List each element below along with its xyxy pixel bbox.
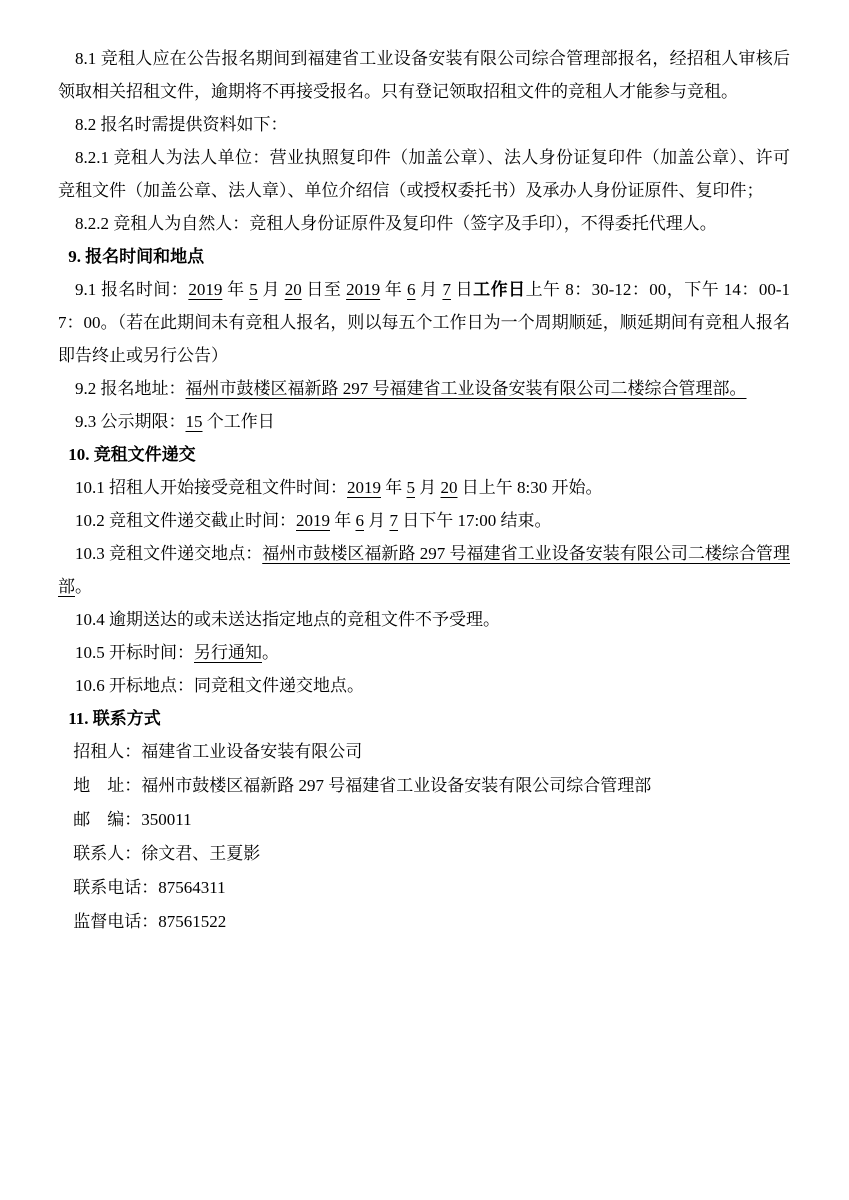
text-segment: 11. 联系方式 — [68, 709, 161, 728]
text-segment: 15 — [186, 412, 203, 431]
text-segment: 年 — [222, 280, 249, 299]
paragraph-contact-person: 联系人：徐文君、王夏影 — [58, 837, 790, 871]
text-segment: 6 — [407, 280, 416, 299]
text-segment: 20 — [285, 280, 302, 299]
text-segment: 8.2 报名时需提供资料如下： — [75, 115, 288, 134]
paragraph-heading-9: 9. 报名时间和地点 — [58, 240, 790, 273]
paragraph-clause-8-2: 8.2 报名时需提供资料如下： — [58, 108, 790, 141]
paragraph-clause-8-1: 8.1 竞租人应在公告报名期间到福建省工业设备安装有限公司综合管理部报名，经招租… — [58, 42, 790, 108]
text-segment: 5 — [249, 280, 258, 299]
text-segment: 2019 — [188, 280, 222, 299]
text-segment: 联系电话：87564311 — [73, 878, 225, 897]
text-segment: 10. 竞租文件递交 — [68, 445, 196, 464]
text-segment: 2019 — [346, 280, 380, 299]
text-segment: 9.3 公示期限： — [75, 412, 186, 431]
text-segment: 5 — [407, 478, 416, 497]
text-segment: 日 — [451, 280, 473, 299]
text-segment: 邮 编：350011 — [73, 810, 191, 829]
paragraph-contact-postcode: 邮 编：350011 — [58, 803, 790, 837]
document-page: 8.1 竞租人应在公告报名期间到福建省工业设备安装有限公司综合管理部报名，经招租… — [0, 0, 849, 1200]
text-segment: 另行通知 — [194, 643, 262, 662]
paragraph-clause-10-6: 10.6 开标地点：同竞租文件递交地点。 — [58, 669, 790, 702]
paragraph-clause-9-1: 9.1 报名时间：2019 年 5 月 20 日至 2019 年 6 月 7 日… — [58, 273, 790, 372]
text-segment: 。 — [262, 643, 279, 662]
text-segment: 9. 报名时间和地点 — [68, 247, 204, 266]
text-segment: 10.1 招租人开始接受竞租文件时间： — [75, 478, 347, 497]
paragraph-contact-phone: 联系电话：87564311 — [58, 871, 790, 905]
text-segment: 日下午 17:00 结束。 — [398, 511, 551, 530]
text-segment: 8.2.1 竞租人为法人单位：营业执照复印件（加盖公章）、法人身份证复印件（加盖… — [58, 148, 790, 200]
text-segment: 年 — [330, 511, 356, 530]
paragraph-clause-10-5: 10.5 开标时间：另行通知。 — [58, 636, 790, 669]
paragraph-clause-10-1: 10.1 招租人开始接受竞租文件时间：2019 年 5 月 20 日上午 8:3… — [58, 471, 790, 504]
text-segment: 月 — [364, 511, 390, 530]
text-segment: 10.4 逾期送达的或未送达指定地点的竞租文件不予受理。 — [75, 610, 500, 629]
paragraph-clause-8-2-1: 8.2.1 竞租人为法人单位：营业执照复印件（加盖公章）、法人身份证复印件（加盖… — [58, 141, 790, 207]
text-segment: 20 — [441, 478, 458, 497]
paragraph-contact-lessor: 招租人：福建省工业设备安装有限公司 — [58, 735, 790, 769]
text-segment: 2019 — [347, 478, 381, 497]
document-body: 8.1 竞租人应在公告报名期间到福建省工业设备安装有限公司综合管理部报名，经招租… — [58, 42, 790, 939]
text-segment: 7 — [390, 511, 399, 530]
text-segment: 年 — [381, 478, 407, 497]
paragraph-clause-10-4: 10.4 逾期送达的或未送达指定地点的竞租文件不予受理。 — [58, 603, 790, 636]
text-segment: 10.2 竞租文件递交截止时间： — [75, 511, 296, 530]
text-segment: 联系人：徐文君、王夏影 — [73, 844, 260, 863]
paragraph-clause-8-2-2: 8.2.2 竞租人为自然人：竞租人身份证原件及复印件（签字及手印），不得委托代理… — [58, 207, 790, 240]
text-segment: 福州市鼓楼区福新路 297 号福建省工业设备安装有限公司二楼综合管理部。 — [186, 379, 747, 398]
paragraph-heading-10: 10. 竞租文件递交 — [58, 438, 790, 471]
text-segment: 2019 — [296, 511, 330, 530]
text-segment: 9.2 报名地址： — [75, 379, 186, 398]
text-segment: 7 — [442, 280, 451, 299]
text-segment: 6 — [356, 511, 365, 530]
text-segment: 8.1 竞租人应在公告报名期间到福建省工业设备安装有限公司综合管理部报名，经招租… — [58, 49, 790, 101]
text-segment: 8.2.2 竞租人为自然人：竞租人身份证原件及复印件（签字及手印），不得委托代理… — [75, 214, 717, 233]
text-segment: 月 — [416, 280, 443, 299]
paragraph-clause-10-3: 10.3 竞租文件递交地点：福州市鼓楼区福新路 297 号福建省工业设备安装有限… — [58, 537, 790, 603]
text-segment: 地 址：福州市鼓楼区福新路 297 号福建省工业设备安装有限公司综合管理部 — [73, 776, 651, 795]
text-segment: 10.3 竞租文件递交地点： — [75, 544, 262, 563]
text-segment: 招租人：福建省工业设备安装有限公司 — [73, 742, 362, 761]
text-segment: 日至 — [302, 280, 346, 299]
text-segment: 日上午 8:30 开始。 — [458, 478, 603, 497]
text-segment: 工作日 — [473, 280, 525, 299]
paragraph-clause-9-3: 9.3 公示期限：15 个工作日 — [58, 405, 790, 438]
paragraph-contact-supervision-phone: 监督电话：87561522 — [58, 905, 790, 939]
text-segment: 月 — [415, 478, 441, 497]
text-segment: 监督电话：87561522 — [73, 912, 226, 931]
text-segment: 年 — [380, 280, 407, 299]
paragraph-heading-11: 11. 联系方式 — [58, 702, 790, 735]
paragraph-clause-10-2: 10.2 竞租文件递交截止时间：2019 年 6 月 7 日下午 17:00 结… — [58, 504, 790, 537]
paragraph-contact-address: 地 址：福州市鼓楼区福新路 297 号福建省工业设备安装有限公司综合管理部 — [58, 769, 790, 803]
text-segment: 10.6 开标地点：同竞租文件递交地点。 — [75, 676, 364, 695]
text-segment: 10.5 开标时间： — [75, 643, 194, 662]
paragraph-clause-9-2: 9.2 报名地址：福州市鼓楼区福新路 297 号福建省工业设备安装有限公司二楼综… — [58, 372, 790, 405]
text-segment: 月 — [258, 280, 285, 299]
text-segment: 9.1 报名时间： — [75, 280, 188, 299]
text-segment: 个工作日 — [203, 412, 275, 431]
text-segment: 。 — [75, 577, 92, 596]
